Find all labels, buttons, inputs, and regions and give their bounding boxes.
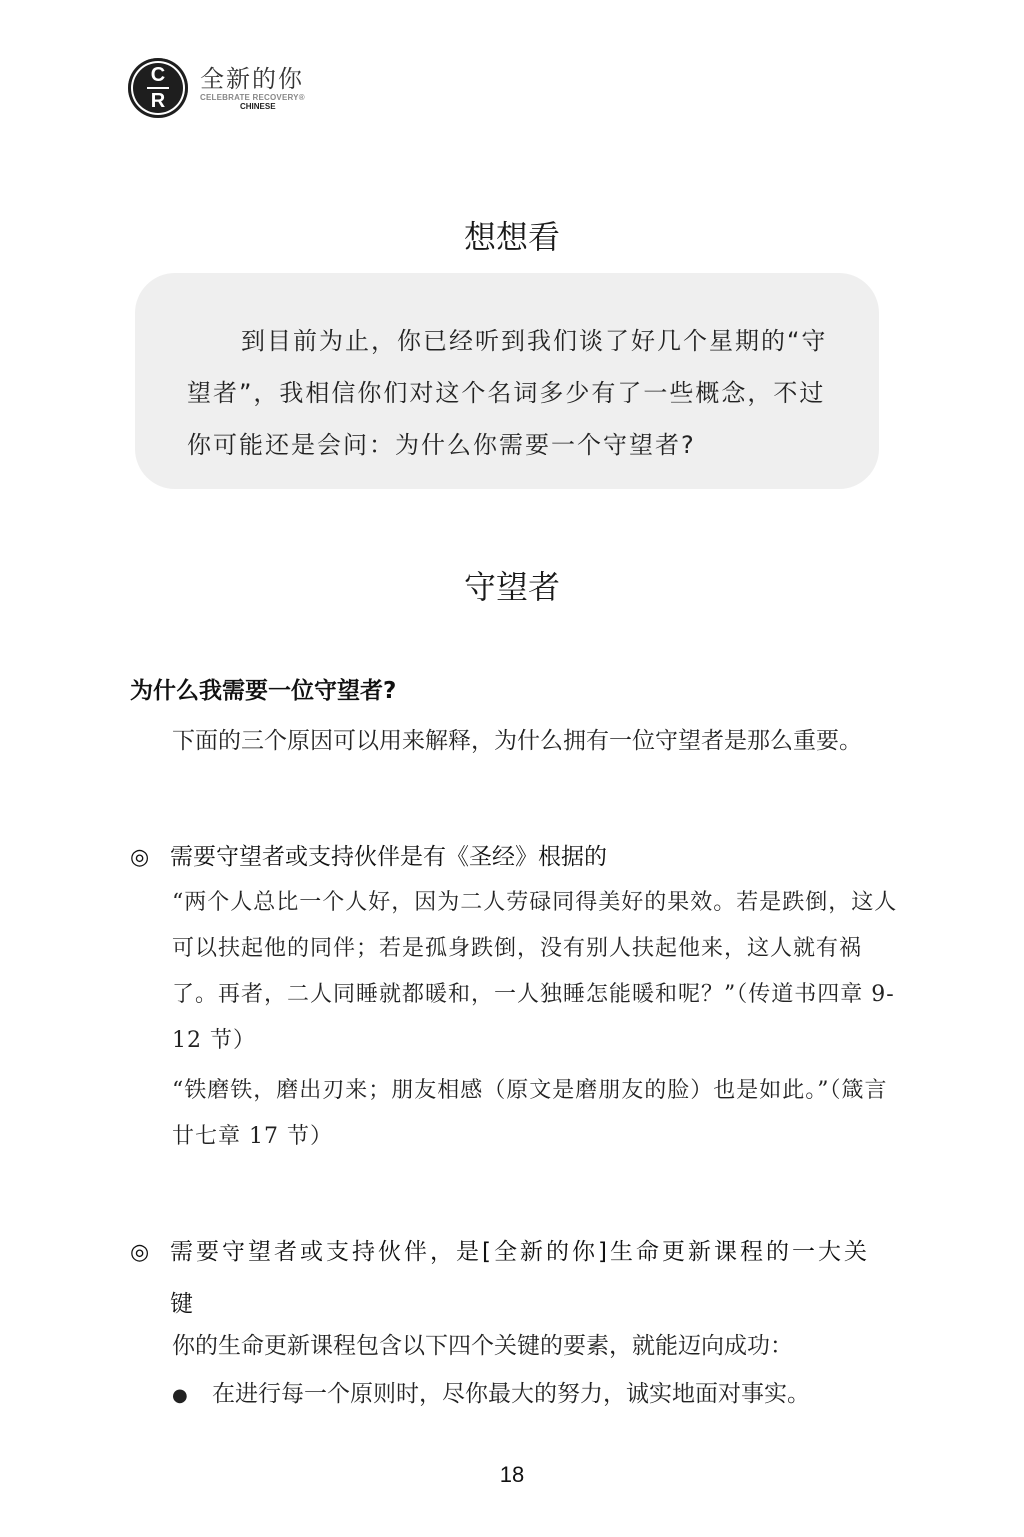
section-heading-think: 想想看 xyxy=(0,212,1024,258)
section-heading-sponsor: 守望者 xyxy=(0,562,1024,608)
logo-text: 全新的你 CELEBRATE RECOVERY® CHINESE xyxy=(200,65,305,111)
logo-title-cn: 全新的你 xyxy=(200,65,305,93)
page-number: 18 xyxy=(0,1462,1024,1488)
celebrate-recovery-logo: C R 全新的你 CELEBRATE RECOVERY® CHINESE xyxy=(128,58,305,118)
double-circle-icon: ◎ xyxy=(130,841,170,875)
point-key-program: ◎需要守望者或支持伙伴，是[全新的你]生命更新课程的一大关键 xyxy=(130,1226,900,1330)
logo-divider xyxy=(147,87,169,89)
callout-text: 到目前为止，你已经听到我们谈了好几个星期的“守望者”，我相信你们对这个名词多少有… xyxy=(187,315,837,471)
list-item-text: 在进行每一个原则时，尽你最大的努力，诚实地面对事实。 xyxy=(212,1381,810,1407)
point-biblical: ◎需要守望者或支持伙伴是有《圣经》根据的 xyxy=(130,840,900,875)
list-item: ●在进行每一个原则时，尽你最大的努力，诚实地面对事实。 xyxy=(172,1374,810,1416)
double-circle-icon: ◎ xyxy=(130,1227,170,1279)
bullet-dot-icon: ● xyxy=(172,1376,212,1416)
logo-brand-sub: CHINESE xyxy=(240,102,305,111)
program-elements-intro: 你的生命更新课程包含以下四个关键的要素，就能迈向成功： xyxy=(172,1326,900,1366)
scripture-quote-proverbs: “铁磨铁，磨出刃来；朋友相感（原文是磨朋友的脸）也是如此。”（箴言廿七章 17 … xyxy=(172,1068,900,1160)
logo-mark-c: C xyxy=(151,65,165,85)
logo-mark-r: R xyxy=(151,91,165,111)
question-title: 为什么我需要一位守望者? xyxy=(130,672,396,705)
think-callout-box: 到目前为止，你已经听到我们谈了好几个星期的“守望者”，我相信你们对这个名词多少有… xyxy=(135,273,879,489)
cr-logo-icon: C R xyxy=(128,58,188,118)
point-title: 需要守望者或支持伙伴是有《圣经》根据的 xyxy=(170,844,607,870)
intro-paragraph: 下面的三个原因可以用来解释，为什么拥有一位守望者是那么重要。 xyxy=(172,718,900,764)
scripture-quote-ecclesiastes: “两个人总比一个人好，因为二人劳碌同得美好的果效。若是跌倒，这人可以扶起他的同伴… xyxy=(172,880,900,1064)
logo-brand-en: CELEBRATE RECOVERY® xyxy=(200,93,305,102)
point-title: 需要守望者或支持伙伴，是[全新的你]生命更新课程的一大关键 xyxy=(170,1226,890,1330)
